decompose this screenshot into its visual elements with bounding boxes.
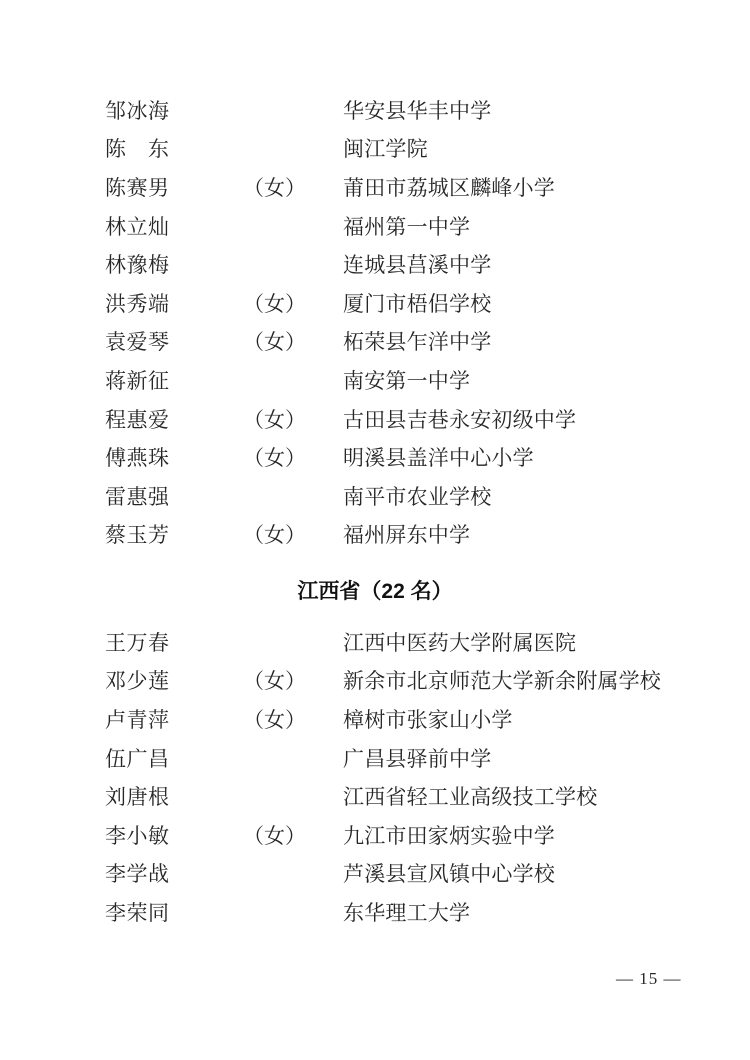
person-name: 李荣同: [105, 903, 243, 924]
organization: 福州第一中学: [343, 217, 700, 238]
organization: 福州屏东中学: [343, 525, 700, 546]
gender-marker: （女）: [243, 525, 343, 546]
person-name: 蔡玉芳: [105, 525, 243, 546]
organization: 江西省轻工业高级技工学校: [343, 787, 700, 808]
roster-row: 卢青萍 （女） 樟树市张家山小学: [105, 701, 700, 740]
organization: 樟树市张家山小学: [343, 710, 700, 731]
roster-row: 伍广昌 广昌县驿前中学: [105, 740, 700, 779]
organization: 柘荣县乍洋中学: [343, 332, 700, 353]
organization: 东华理工大学: [343, 903, 700, 924]
gender-marker: （女）: [243, 294, 343, 315]
person-name: 伍广昌: [105, 749, 243, 770]
gender-marker: （女）: [243, 671, 343, 692]
organization: 厦门市梧侣学校: [343, 294, 700, 315]
roster-row: 李学战 芦溪县宣风镇中心学校: [105, 856, 700, 895]
roster-row: 李荣同 东华理工大学: [105, 894, 700, 933]
person-name: 林立灿: [105, 217, 243, 238]
organization: 南安第一中学: [343, 371, 700, 392]
organization: 华安县华丰中学: [343, 101, 700, 122]
roster-row: 蔡玉芳 （女） 福州屏东中学: [105, 517, 700, 556]
roster-list-continued: 邹冰海 华安县华丰中学 陈 东 闽江学院 陈赛男 （女） 莆田市荔城区麟峰小学 …: [105, 92, 700, 555]
person-name: 李小敏: [105, 826, 243, 847]
person-name: 雷惠强: [105, 487, 243, 508]
roster-row: 林立灿 福州第一中学: [105, 208, 700, 247]
gender-marker: （女）: [243, 332, 343, 353]
person-name: 蒋新征: [105, 371, 243, 392]
roster-row: 刘唐根 江西省轻工业高级技工学校: [105, 778, 700, 817]
person-name: 林豫梅: [105, 255, 243, 276]
organization: 南平市农业学校: [343, 487, 700, 508]
roster-row: 王万春 江西中医药大学附属医院: [105, 624, 700, 663]
roster-row: 陈赛男 （女） 莆田市荔城区麟峰小学: [105, 169, 700, 208]
roster-row: 袁爱琴 （女） 柘荣县乍洋中学: [105, 324, 700, 363]
person-name: 刘唐根: [105, 787, 243, 808]
organization: 莆田市荔城区麟峰小学: [343, 178, 700, 199]
roster-row: 傅燕珠 （女） 明溪县盖洋中心小学: [105, 439, 700, 478]
person-name: 陈赛男: [105, 178, 243, 199]
person-name: 程惠爱: [105, 410, 243, 431]
organization: 明溪县盖洋中心小学: [343, 448, 700, 469]
organization: 广昌县驿前中学: [343, 749, 700, 770]
roster-row: 李小敏 （女） 九江市田家炳实验中学: [105, 817, 700, 856]
person-name: 李学战: [105, 864, 243, 885]
roster-row: 邹冰海 华安县华丰中学: [105, 92, 700, 131]
page-number: — 15 —: [616, 969, 682, 989]
organization: 芦溪县宣风镇中心学校: [343, 864, 700, 885]
person-name: 卢青萍: [105, 710, 243, 731]
document-page: 邹冰海 华安县华丰中学 陈 东 闽江学院 陈赛男 （女） 莆田市荔城区麟峰小学 …: [0, 0, 750, 1060]
roster-row: 蒋新征 南安第一中学: [105, 362, 700, 401]
gender-marker: （女）: [243, 448, 343, 469]
roster-row: 陈 东 闽江学院: [105, 131, 700, 170]
organization: 江西中医药大学附属医院: [343, 633, 700, 654]
roster-row: 邓少莲 （女） 新余市北京师范大学新余附属学校: [105, 663, 700, 702]
section-heading-jiangxi: 江西省（22 名）: [0, 577, 750, 607]
person-name: 袁爱琴: [105, 332, 243, 353]
gender-marker: （女）: [243, 710, 343, 731]
roster-row: 雷惠强 南平市农业学校: [105, 478, 700, 517]
person-name: 洪秀端: [105, 294, 243, 315]
organization: 古田县吉巷永安初级中学: [343, 410, 700, 431]
organization: 九江市田家炳实验中学: [343, 826, 700, 847]
roster-row: 林豫梅 连城县莒溪中学: [105, 246, 700, 285]
person-name: 邓少莲: [105, 671, 243, 692]
person-name: 陈 东: [105, 139, 243, 160]
person-name: 王万春: [105, 633, 243, 654]
organization: 新余市北京师范大学新余附属学校: [343, 671, 700, 692]
gender-marker: （女）: [243, 178, 343, 199]
organization: 连城县莒溪中学: [343, 255, 700, 276]
person-name: 邹冰海: [105, 101, 243, 122]
gender-marker: （女）: [243, 826, 343, 847]
roster-row: 洪秀端 （女） 厦门市梧侣学校: [105, 285, 700, 324]
roster-list-jiangxi: 王万春 江西中医药大学附属医院 邓少莲 （女） 新余市北京师范大学新余附属学校 …: [105, 624, 700, 933]
gender-marker: （女）: [243, 410, 343, 431]
person-name: 傅燕珠: [105, 448, 243, 469]
organization: 闽江学院: [343, 139, 700, 160]
roster-row: 程惠爱 （女） 古田县吉巷永安初级中学: [105, 401, 700, 440]
